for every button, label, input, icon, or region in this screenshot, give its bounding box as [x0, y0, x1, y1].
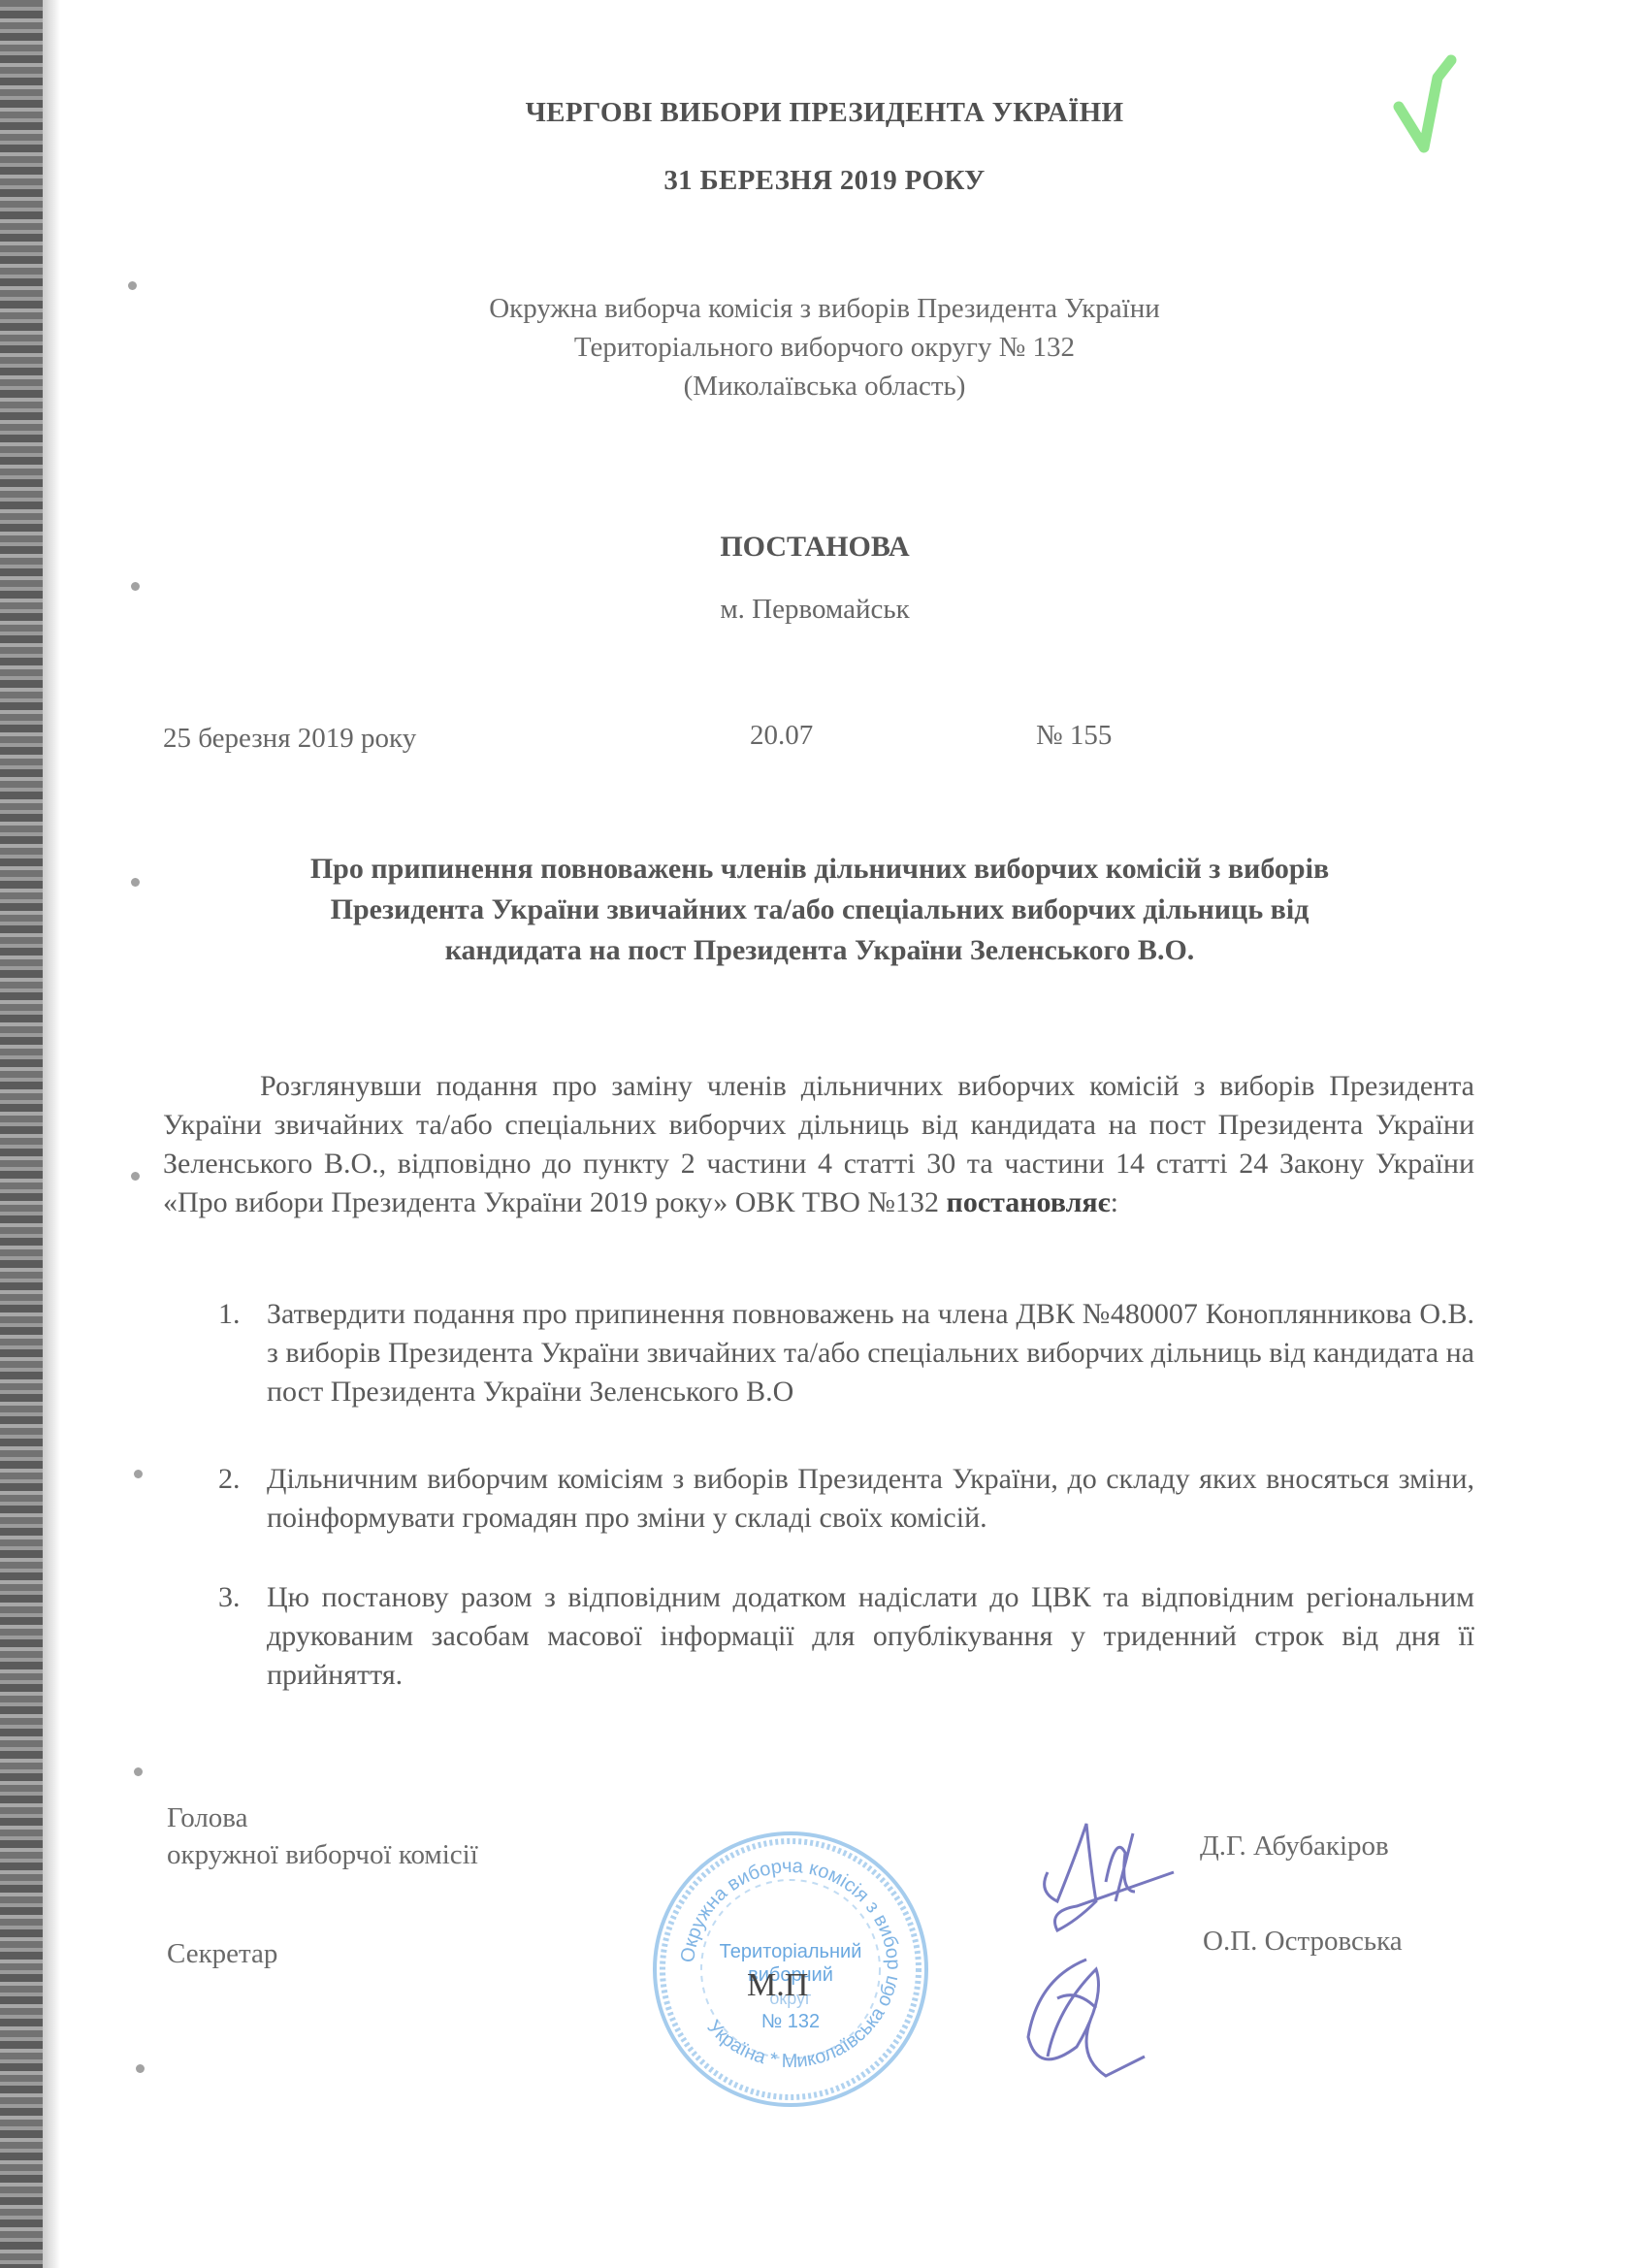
scan-speck: [134, 1767, 143, 1776]
resolution-item-3: 3. Цю постанову разом з відповідним дода…: [218, 1578, 1474, 1695]
organization-line-2: Територіального виборчого округу № 132: [291, 328, 1358, 367]
scan-speck: [136, 2064, 145, 2073]
document-date: 25 березня 2019 року: [163, 723, 416, 755]
preamble-text: Розглянувши подання про заміну членів ді…: [163, 1070, 1474, 1218]
secretary-name: О.П. Островська: [1203, 1926, 1403, 1958]
subject-line-3: кандидата на пост Президента України Зел…: [175, 930, 1465, 971]
chair-label-1: Голова: [167, 1799, 478, 1836]
item-text: Цю постанову разом з відповідним додатко…: [267, 1581, 1474, 1691]
svg-text:№ 132: № 132: [761, 2011, 820, 2032]
item-number: 2.: [218, 1460, 241, 1499]
scan-speck: [131, 1172, 140, 1181]
svg-text:Територіальний: Територіальний: [720, 1941, 862, 1962]
document-number: № 155: [1036, 720, 1112, 752]
preamble-colon: :: [1111, 1186, 1118, 1218]
document-time: 20.07: [750, 720, 813, 752]
chair-label-2: окружної виборчої комісії: [167, 1836, 478, 1873]
document-type: ПОСТАНОВА: [524, 531, 1106, 564]
resolution-item-1: 1. Затвердити подання про припинення пов…: [218, 1295, 1474, 1411]
document-place: м. Первомайськ: [524, 594, 1106, 626]
election-title: ЧЕРГОВІ ВИБОРИ ПРЕЗИДЕНТА УКРАЇНИ: [291, 97, 1358, 129]
organization-block: Окружна виборча комісія з виборів Презид…: [291, 289, 1358, 405]
secretary-signature: [1018, 1940, 1154, 2095]
document-subject: Про припинення повноважень членів дільни…: [175, 849, 1465, 971]
chair-name: Д.Г. Абубакіров: [1200, 1831, 1389, 1863]
check-mark-icon: [1387, 39, 1474, 155]
scan-speck: [128, 281, 137, 290]
resolution-items: 1. Затвердити подання про припинення пов…: [218, 1295, 1474, 1735]
scan-edge-artifact: [0, 0, 43, 2268]
scan-speck: [134, 1470, 143, 1478]
subject-line-1: Про припинення повноважень членів дільни…: [175, 849, 1465, 890]
scan-speck: [131, 878, 140, 887]
resolution-item-2: 2. Дільничним виборчим комісіям з виборі…: [218, 1460, 1474, 1538]
secretary-label: Секретар: [167, 1935, 277, 1972]
subject-line-2: Президента України звичайних та/або спец…: [175, 890, 1465, 930]
seal-place-mark: М.П: [747, 1967, 808, 2004]
item-text: Затвердити подання про припинення повнов…: [267, 1298, 1474, 1408]
item-number: 3.: [218, 1578, 241, 1617]
chair-signature: [1018, 1814, 1193, 1950]
scan-speck: [131, 582, 140, 591]
resolves-keyword: постановляє: [947, 1186, 1111, 1218]
item-text: Дільничним виборчим комісіям з виборів П…: [267, 1463, 1474, 1534]
chair-title: Голова окружної виборчої комісії: [167, 1799, 478, 1873]
election-date: 31 БЕРЕЗНЯ 2019 РОКУ: [291, 165, 1358, 197]
item-number: 1.: [218, 1295, 241, 1334]
organization-line-1: Окружна виборча комісія з виборів Презид…: [291, 289, 1358, 328]
organization-line-3: (Миколаївська область): [291, 367, 1358, 405]
preamble-paragraph: Розглянувши подання про заміну членів ді…: [163, 1067, 1474, 1222]
